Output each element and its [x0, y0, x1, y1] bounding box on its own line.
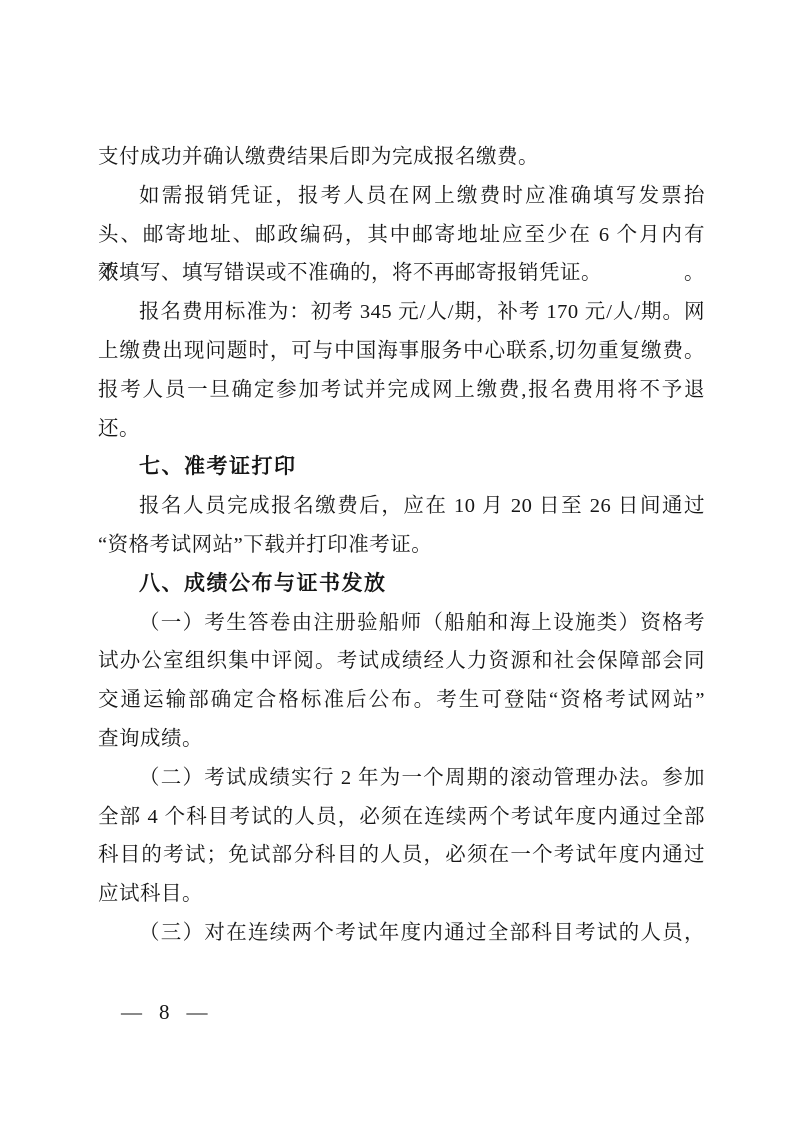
page-number: 8 — [159, 999, 170, 1025]
text-line: 头、邮寄地址、邮政编码，其中邮寄地址应至少在 6 个月内有效。 — [98, 216, 705, 255]
text-line: 报考人员一旦确定参加考试并完成网上缴费,报名费用将不予退 — [98, 371, 705, 410]
text-line: （三）对在连续两个考试年度内通过全部科目考试的人员， — [98, 914, 705, 953]
document-body: 支付成功并确认缴费结果后即为完成报名缴费。如需报销凭证，报考人员在网上缴费时应准… — [98, 138, 705, 953]
section-heading: 七、准考证打印 — [98, 448, 705, 487]
text-line: （一）考生答卷由注册验船师（船舶和海上设施类）资格考 — [98, 604, 705, 643]
text-line: 全部 4 个科目考试的人员，必须在连续两个考试年度内通过全部 — [98, 798, 705, 837]
text-line: 如需报销凭证，报考人员在网上缴费时应准确填写发票抬 — [98, 177, 705, 216]
text-line: 应试科目。 — [98, 875, 705, 914]
text-line: 报名费用标准为：初考 345 元/人/期，补考 170 元/人/期。网 — [98, 293, 705, 332]
text-line: 科目的考试；免试部分科目的人员，必须在一个考试年度内通过 — [98, 836, 705, 875]
footer-dash-right: — — [187, 999, 208, 1025]
text-line: 报名人员完成报名缴费后，应在 10 月 20 日至 26 日间通过 — [98, 487, 705, 526]
text-line: 交通运输部确定合格标准后公布。考生可登陆“资格考试网站” — [98, 681, 705, 720]
footer-dash-left: — — [121, 999, 142, 1025]
page-footer: — 8 — — [121, 999, 208, 1025]
text-line: 上缴费出现问题时，可与中国海事服务中心联系,切勿重复缴费。 — [98, 332, 705, 371]
text-line: “资格考试网站”下载并打印准考证。 — [98, 526, 705, 565]
text-line: 还。 — [98, 410, 705, 449]
text-line: 试办公室组织集中评阅。考试成绩经人力资源和社会保障部会同 — [98, 642, 705, 681]
text-line: 查询成绩。 — [98, 720, 705, 759]
text-line: （二）考试成绩实行 2 年为一个周期的滚动管理办法。参加 — [98, 759, 705, 798]
document-page: 支付成功并确认缴费结果后即为完成报名缴费。如需报销凭证，报考人员在网上缴费时应准… — [0, 0, 793, 1122]
text-line: 支付成功并确认缴费结果后即为完成报名缴费。 — [98, 138, 705, 177]
section-heading: 八、成绩公布与证书发放 — [98, 565, 705, 604]
